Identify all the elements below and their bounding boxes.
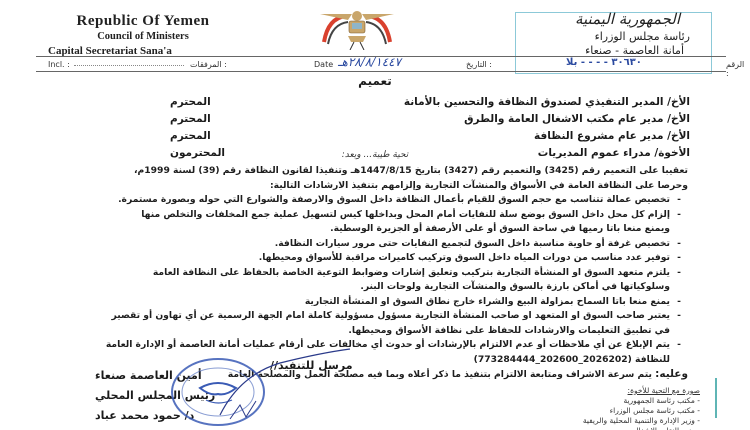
yemen-emblem-icon <box>318 4 396 50</box>
instruction-item: - تخصيص غرفة أو حاوية مناسبة داخل السوق … <box>48 237 688 252</box>
date-label-en: Date <box>314 60 333 69</box>
instruction-item: - توفير عدد مناسب من دورات المياه داخل ا… <box>48 251 688 266</box>
instruction-item: - تخصيص عمالة تتناسب مع حجم السوق للقيام… <box>48 193 688 208</box>
addressee-row: الأخ/ مدير عام مشروع النظافة المحترم <box>170 128 690 145</box>
reference-line: Incl. : المرفقات : Date ٢٨/٨/١٤٤٧هـ التا… <box>36 57 726 71</box>
incl-dotted-line <box>74 65 184 66</box>
bullet-dash-icon: - <box>670 193 688 208</box>
cc-item: - وزير النقل والاشغال <box>540 426 700 430</box>
letterhead-english: Republic Of Yemen Council of Ministers C… <box>48 12 238 58</box>
instruction-continuation: وسلوكياتها في أماكن بارزة بالسوق والمنشآ… <box>48 280 688 295</box>
cc-item: - وزير الإدارة والتنمية المحلية والريفية <box>540 416 700 426</box>
council-name-ar: رئاسة مجلس الوزراء <box>490 30 690 44</box>
attachments-label: المرفقات : <box>190 60 227 69</box>
handwritten-signature <box>210 345 360 425</box>
bullet-dash-icon: - <box>670 266 688 281</box>
addressee-name: الأخ/ مدير عام مكتب الاشغال العامة والطر… <box>464 111 690 128</box>
bullet-dash-icon: - <box>670 309 688 324</box>
header-divider-bottom <box>36 71 726 72</box>
addressee-honorific: المحترم <box>170 128 290 145</box>
instruction-item: - يمنع منعا باتا السماح بمزاولة البيع وا… <box>48 295 688 310</box>
intro-line: وحرصا على النظافة العامة في الأسواق والم… <box>48 179 688 194</box>
instruction-continuation: ويمنع منعا باتا رميها في ساحة السوق أو ع… <box>48 222 688 237</box>
cc-item: - مكتب رئاسة الجمهورية <box>540 396 700 406</box>
document-title: تعميم <box>0 74 750 88</box>
bullet-dash-icon: - <box>670 237 688 252</box>
incl-label: Incl. : <box>48 60 70 69</box>
letterhead-arabic: الجمهورية اليمنية رئاسة مجلس الوزراء أما… <box>490 8 690 58</box>
conclusion-label: وعليه: <box>655 368 688 380</box>
addressee-honorific: المحترم <box>170 94 290 111</box>
addressee-honorific: المحترم <box>170 111 290 128</box>
reference-number: ٣٠٦٣٠ - - - - بلا <box>566 57 642 68</box>
date-label-ar: التاريخ : <box>466 60 492 69</box>
country-name-ar: الجمهورية اليمنية <box>490 8 690 30</box>
bullet-dash-icon: - <box>670 208 688 223</box>
margin-mark <box>715 378 717 418</box>
greeting: تحية طيبة... وبعد: <box>0 150 750 160</box>
document-body: تعقيبا على التعميم رقم (3425) والتعميم ر… <box>48 164 688 383</box>
intro-line: تعقيبا على التعميم رقم (3425) والتعميم ر… <box>48 164 688 179</box>
addressee-row: الأخ/ المدير التنفيذي لصندوق النظافة وال… <box>170 94 690 111</box>
bullet-dash-icon: - <box>670 295 688 310</box>
country-name-en: Republic Of Yemen <box>48 12 238 30</box>
cc-list: صورة مع التحية للأخوة: - مكتب رئاسة الجم… <box>540 386 700 430</box>
addressee-name: الأخ/ المدير التنفيذي لصندوق النظافة وال… <box>404 94 690 111</box>
instruction-item: - يلتزم متعهد السوق او المنشأة التجارية … <box>48 266 688 281</box>
addressee-name: الأخ/ مدير عام مشروع النظافة <box>534 128 690 145</box>
instruction-item: - يتم الإبلاغ عن أي ملاحظات أو عدم الالت… <box>48 338 688 353</box>
bullet-dash-icon: - <box>670 338 688 353</box>
bullet-dash-icon: - <box>670 251 688 266</box>
council-name-en: Council of Ministers <box>48 30 238 44</box>
cc-heading: صورة مع التحية للأخوة: <box>540 386 700 396</box>
instruction-continuation: للنظافة (2026202_202600_773284444) <box>48 353 688 368</box>
instruction-continuation: في تطبيق التعليمات والارشادات للحفاظ على… <box>48 324 688 339</box>
instruction-item: - يعتبر صاحب السوق او المتعهد او صاحب ال… <box>48 309 688 324</box>
instruction-item: - إلزام كل محل داخل السوق بوضع سلة للنفا… <box>48 208 688 223</box>
cc-item: - مكتب رئاسة مجلس الوزراء <box>540 406 700 416</box>
date-value: ٢٨/٨/١٤٤٧هـ <box>338 55 401 69</box>
addressee-row: الأخ/ مدير عام مكتب الاشغال العامة والطر… <box>170 111 690 128</box>
